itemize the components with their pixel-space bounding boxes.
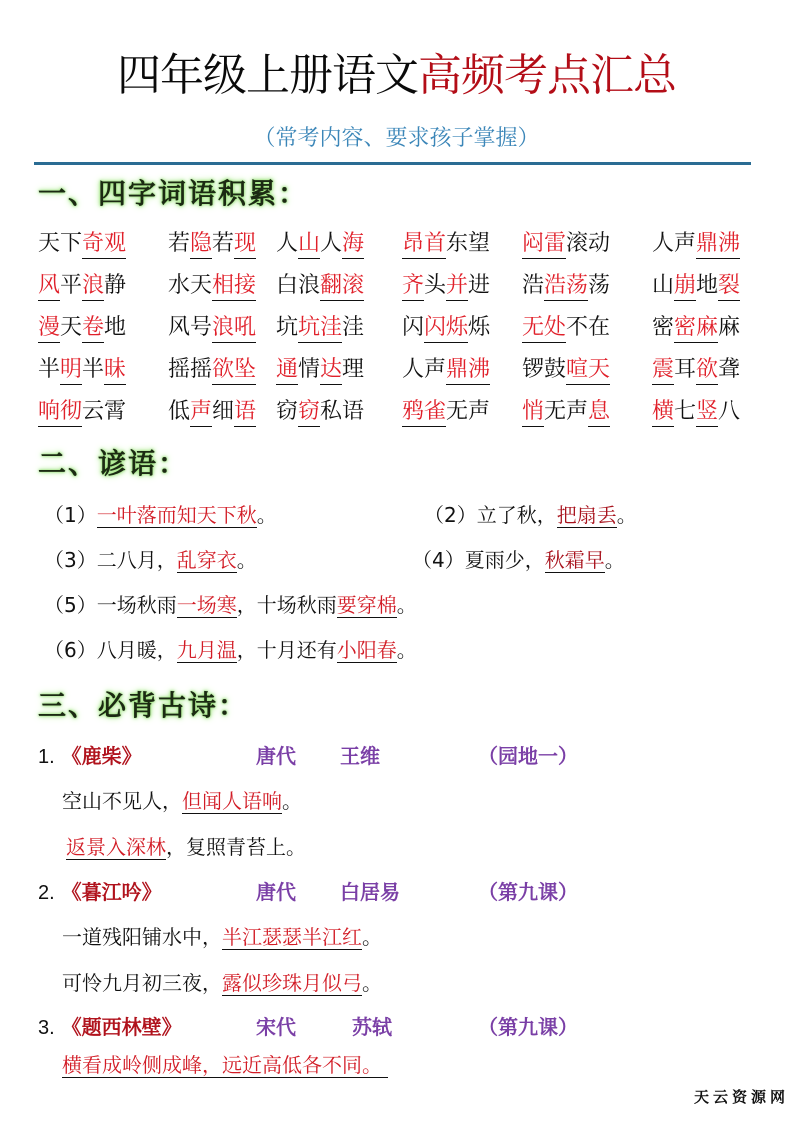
proverb-answer: 秋霜早	[545, 548, 605, 573]
idiom-answer-char: 彻	[60, 398, 82, 427]
idiom-answer-char: 浪	[82, 272, 104, 301]
idiom-answer-char: 窃	[298, 398, 320, 427]
proverb-number: （2）	[424, 503, 477, 527]
idiom-char: 锣	[522, 352, 544, 388]
proverb-end: 。	[617, 503, 637, 527]
idiom-answer-char: 风	[38, 272, 60, 301]
idiom-item: 若隐若现	[168, 226, 256, 262]
poem-header-2: 2. 《暮江吟》 唐代 白居易 （第九课）	[38, 878, 738, 907]
poem-text: 空山不见人，	[62, 789, 182, 813]
idiom-char: 摇	[168, 352, 190, 388]
proverb-answer: 把扇丢	[557, 503, 617, 528]
idiom-answer-char: 无	[522, 314, 544, 343]
idiom-answer-char: 洼	[320, 314, 342, 343]
idiom-answer-char: 齐	[402, 272, 424, 301]
idiom-char: 理	[342, 352, 364, 388]
idiom-char: 闪	[402, 310, 424, 346]
idiom-char: 人	[276, 226, 298, 262]
idiom-char: 天	[38, 226, 60, 262]
idiom-char: 霄	[104, 394, 126, 430]
proverb-text: 二八月，	[97, 548, 177, 572]
idiom-char: 无	[544, 394, 566, 430]
idiom-answer-char: 相	[212, 272, 234, 301]
idiom-answer-char: 浩	[544, 272, 566, 301]
idiom-answer-char: 坑	[298, 314, 320, 343]
poem-title: 《鹿柴》	[62, 744, 142, 768]
idiom-char: 平	[60, 268, 82, 304]
idiom-char: 浪	[298, 268, 320, 304]
idiom-answer-char: 滚	[342, 272, 364, 301]
poem-line: 可怜九月初三夜，露似珍珠月似弓。	[62, 968, 382, 998]
proverb-answer: 要穿棉	[337, 593, 397, 618]
idiom-char: 人	[320, 226, 342, 262]
idiom-answer-char: 喧	[566, 356, 588, 385]
idiom-item: 闷雷滚动	[522, 226, 610, 262]
idiom-answer-char: 鼎	[446, 356, 468, 385]
poem-text: ，复照青苔上。	[166, 835, 306, 859]
idiom-char: 号	[190, 310, 212, 346]
idiom-answer-char: 崩	[674, 272, 696, 301]
idiom-answer-char: 烁	[446, 314, 468, 343]
idiom-answer-char: 鸦	[402, 398, 424, 427]
idiom-char: 山	[652, 268, 674, 304]
idiom-item: 响彻云霄	[38, 394, 126, 430]
idiom-item: 齐头并进	[402, 268, 490, 304]
idiom-row: 风平浪静水天相接白浪翻滚齐头并进浩浩荡荡山崩地裂	[38, 268, 768, 310]
idiom-item: 昂首东望	[402, 226, 490, 262]
page-title: 四年级上册语文高频考点汇总	[0, 48, 793, 104]
idiom-answer-char: 密	[674, 314, 696, 343]
idiom-answer-char: 麻	[696, 314, 718, 343]
idiom-answer-char: 观	[104, 230, 126, 259]
idiom-answer-char: 明	[60, 356, 82, 385]
idiom-answer-char: 浪	[212, 314, 234, 343]
poem-text: 。	[362, 925, 382, 949]
idiom-answer-char: 沸	[468, 356, 490, 385]
poem-dynasty: 宋代	[256, 1013, 296, 1041]
poem-title: 《题西林壁》	[62, 1015, 182, 1039]
proverb-item-1: （1）一叶落而知天下秋。	[44, 500, 277, 530]
idiom-item: 横七竖八	[652, 394, 740, 430]
proverb-number: （1）	[44, 503, 97, 527]
poem-number: 3.	[38, 1017, 55, 1039]
idiom-char: 白	[276, 268, 298, 304]
idiom-answer-char: 雷	[544, 230, 566, 259]
proverb-answer: 一场寒	[177, 593, 237, 618]
idiom-item: 无处不在	[522, 310, 610, 346]
idiom-char: 望	[468, 226, 490, 262]
poem-text: 。	[362, 971, 382, 995]
proverb-end: 。	[605, 548, 625, 572]
idiom-item: 通情达理	[276, 352, 364, 388]
idiom-char: 在	[588, 310, 610, 346]
idiom-answer-char: 处	[544, 314, 566, 343]
idiom-char: 人	[402, 352, 424, 388]
idiom-answer-char: 山	[298, 230, 320, 259]
idiom-item: 悄无声息	[522, 394, 610, 430]
proverb-text: ，十月还有	[237, 638, 337, 662]
proverb-text: 立了秋，	[477, 503, 557, 527]
idiom-row: 半明半昧摇摇欲坠通情达理人声鼎沸锣鼓喧天震耳欲聋	[38, 352, 768, 394]
proverb-end: 。	[397, 638, 417, 662]
idiom-answer-char: 首	[424, 230, 446, 259]
idiom-answer-char: 悄	[522, 398, 544, 427]
idiom-char: 私	[320, 394, 342, 430]
poem-source: （园地一）	[478, 742, 578, 770]
idiom-item: 锣鼓喧天	[522, 352, 610, 388]
poem-answer: 横看成岭侧成峰，远近高低各不同。	[62, 1053, 388, 1078]
section-heading-idioms: 一、四字词语积累：	[38, 176, 308, 212]
idiom-item: 半明半昧	[38, 352, 126, 388]
idiom-char: 静	[104, 268, 126, 304]
idiom-answer-char: 欲	[212, 356, 234, 385]
idiom-item: 低声细语	[168, 394, 256, 430]
idiom-item: 窃窃私语	[276, 394, 364, 430]
idiom-answer-char: 翻	[320, 272, 342, 301]
idiom-answer-char: 闷	[522, 230, 544, 259]
idiom-char: 细	[212, 394, 234, 430]
idiom-answer-char: 接	[234, 272, 256, 301]
idiom-answer-char: 雀	[424, 398, 446, 427]
idiom-grid: 天下奇观若隐若现人山人海昂首东望闷雷滚动人声鼎沸风平浪静水天相接白浪翻滚齐头并进…	[38, 226, 768, 436]
idiom-item: 鸦雀无声	[402, 394, 490, 430]
proverb-text: 八月暖，	[97, 638, 177, 662]
idiom-answer-char: 漫	[38, 314, 60, 343]
proverb-text: ，十场秋雨	[237, 593, 337, 617]
poem-title: 《暮江吟》	[62, 880, 162, 904]
idiom-answer-char: 息	[588, 398, 610, 427]
proverb-answer: 九月温	[177, 638, 237, 663]
idiom-item: 人山人海	[276, 226, 364, 262]
idiom-char: 天	[190, 268, 212, 304]
idiom-row: 响彻云霄低声细语窃窃私语鸦雀无声悄无声息横七竖八	[38, 394, 768, 436]
idiom-item: 人声鼎沸	[652, 226, 740, 262]
idiom-answer-char: 奇	[82, 230, 104, 259]
idiom-char: 声	[566, 394, 588, 430]
poem-line: 一道残阳铺水中，半江瑟瑟半江红。	[62, 922, 382, 952]
idiom-char: 若	[168, 226, 190, 262]
idiom-char: 情	[298, 352, 320, 388]
idiom-answer-char: 响	[38, 398, 60, 427]
idiom-char: 动	[588, 226, 610, 262]
idiom-char: 耳	[674, 352, 696, 388]
idiom-item: 天下奇观	[38, 226, 126, 262]
poem-answer: 露似珍珠月似弓	[222, 971, 362, 996]
proverb-item-5: （5）一场秋雨一场寒，十场秋雨要穿棉。	[44, 590, 417, 620]
poem-header-3: 3. 《题西林壁》 宋代 苏轼 （第九课）	[38, 1013, 738, 1042]
idiom-char: 地	[696, 268, 718, 304]
proverb-text: 一场秋雨	[97, 593, 177, 617]
idiom-char: 八	[718, 394, 740, 430]
proverb-number: （6）	[44, 638, 97, 662]
proverb-end: 。	[257, 503, 277, 527]
poem-line: 空山不见人，但闻人语响。	[62, 786, 302, 816]
idiom-char: 头	[424, 268, 446, 304]
idiom-char: 聋	[718, 352, 740, 388]
idiom-item: 浩浩荡荡	[522, 268, 610, 304]
proverb-item-3: （3）二八月，乱穿衣。	[44, 545, 257, 575]
proverb-number: （4）	[412, 548, 465, 572]
proverb-item-6: （6）八月暖，九月温，十月还有小阳春。	[44, 635, 417, 665]
idiom-answer-char: 闪	[424, 314, 446, 343]
idiom-row: 漫天卷地风号浪吼坑坑洼洼闪闪烁烁无处不在密密麻麻	[38, 310, 768, 352]
idiom-char: 浩	[522, 268, 544, 304]
poem-number: 2.	[38, 882, 55, 904]
idiom-char: 半	[82, 352, 104, 388]
section-heading-proverbs: 二、谚语：	[38, 446, 188, 482]
poem-source: （第九课）	[478, 878, 578, 906]
idiom-item: 闪闪烁烁	[402, 310, 490, 346]
idiom-char: 人	[652, 226, 674, 262]
proverb-item-2: （2）立了秋，把扇丢。	[424, 500, 637, 530]
idiom-answer-char: 语	[234, 398, 256, 427]
idiom-item: 震耳欲聋	[652, 352, 740, 388]
idiom-item: 风平浪静	[38, 268, 126, 304]
idiom-answer-char: 吼	[234, 314, 256, 343]
idiom-answer-char: 鼎	[696, 230, 718, 259]
idiom-answer-char: 海	[342, 230, 364, 259]
idiom-char: 地	[104, 310, 126, 346]
idiom-char: 东	[446, 226, 468, 262]
idiom-row: 天下奇观若隐若现人山人海昂首东望闷雷滚动人声鼎沸	[38, 226, 768, 268]
poem-answer: 半江瑟瑟半江红	[222, 925, 362, 950]
idiom-char: 声	[424, 352, 446, 388]
poem-number: 1.	[38, 746, 55, 768]
idiom-char: 坑	[276, 310, 298, 346]
idiom-answer-char: 并	[446, 272, 468, 301]
poem-answer: 但闻人语响	[182, 789, 282, 814]
idiom-item: 密密麻麻	[652, 310, 740, 346]
poem-text: 。	[282, 789, 302, 813]
poem-text: 可怜九月初三夜，	[62, 971, 222, 995]
idiom-char: 麻	[718, 310, 740, 346]
idiom-char: 水	[168, 268, 190, 304]
idiom-answer-char: 裂	[718, 272, 740, 301]
idiom-char: 不	[566, 310, 588, 346]
poem-header-1: 1. 《鹿柴》 唐代 王维 （园地一）	[38, 742, 738, 771]
title-black-part: 四年级上册语文	[117, 50, 418, 101]
idiom-answer-char: 横	[652, 398, 674, 427]
idiom-char: 窃	[276, 394, 298, 430]
idiom-answer-char: 卷	[82, 314, 104, 343]
idiom-item: 山崩地裂	[652, 268, 740, 304]
idiom-char: 下	[60, 226, 82, 262]
idiom-char: 荡	[588, 268, 610, 304]
idiom-char: 声	[674, 226, 696, 262]
poem-answer: 返景入深林	[66, 835, 166, 860]
idiom-item: 风号浪吼	[168, 310, 256, 346]
proverb-answer: 一叶落而知天下秋	[97, 503, 257, 528]
poem-line: 横看成岭侧成峰，远近高低各不同。	[62, 1050, 388, 1080]
header-divider	[34, 162, 751, 165]
proverb-number: （3）	[44, 548, 97, 572]
proverb-answer: 小阳春	[337, 638, 397, 663]
poem-dynasty: 唐代	[256, 742, 296, 770]
idiom-char: 半	[38, 352, 60, 388]
idiom-char: 云	[82, 394, 104, 430]
idiom-answer-char: 通	[276, 356, 298, 385]
proverb-text: 夏雨少，	[465, 548, 545, 572]
idiom-char: 摇	[190, 352, 212, 388]
poem-source: （第九课）	[478, 1013, 578, 1041]
idiom-answer-char: 天	[588, 356, 610, 385]
idiom-item: 人声鼎沸	[402, 352, 490, 388]
idiom-item: 坑坑洼洼	[276, 310, 364, 346]
proverb-item-4: （4）夏雨少，秋霜早。	[412, 545, 625, 575]
idiom-answer-char: 达	[320, 356, 342, 385]
idiom-char: 烁	[468, 310, 490, 346]
idiom-char: 若	[212, 226, 234, 262]
section-heading-poems: 三、必背古诗：	[38, 688, 248, 724]
poem-author: 王维	[340, 742, 380, 770]
title-red-part: 高频考点汇总	[418, 50, 676, 101]
idiom-answer-char: 现	[234, 230, 256, 259]
watermark: 天云资源网	[694, 1086, 789, 1107]
idiom-char: 风	[168, 310, 190, 346]
poem-author: 苏轼	[352, 1013, 392, 1041]
idiom-char: 语	[342, 394, 364, 430]
idiom-answer-char: 坠	[234, 356, 256, 385]
idiom-char: 天	[60, 310, 82, 346]
idiom-answer-char: 隐	[190, 230, 212, 259]
idiom-answer-char: 昧	[104, 356, 126, 385]
proverb-end: 。	[237, 548, 257, 572]
idiom-char: 鼓	[544, 352, 566, 388]
poem-dynasty: 唐代	[256, 878, 296, 906]
poem-text: 一道残阳铺水中，	[62, 925, 222, 949]
proverb-answer: 乱穿衣	[177, 548, 237, 573]
idiom-item: 摇摇欲坠	[168, 352, 256, 388]
idiom-answer-char: 欲	[696, 356, 718, 385]
idiom-answer-char: 昂	[402, 230, 424, 259]
idiom-char: 低	[168, 394, 190, 430]
idiom-char: 进	[468, 268, 490, 304]
idiom-char: 无	[446, 394, 468, 430]
poem-line: 返景入深林，复照青苔上。	[66, 832, 306, 862]
idiom-char: 洼	[342, 310, 364, 346]
idiom-item: 水天相接	[168, 268, 256, 304]
idiom-answer-char: 沸	[718, 230, 740, 259]
idiom-item: 漫天卷地	[38, 310, 126, 346]
idiom-answer-char: 竖	[696, 398, 718, 427]
poem-author: 白居易	[340, 878, 400, 906]
idiom-char: 密	[652, 310, 674, 346]
idiom-char: 声	[468, 394, 490, 430]
idiom-answer-char: 声	[190, 398, 212, 427]
idiom-item: 白浪翻滚	[276, 268, 364, 304]
idiom-char: 七	[674, 394, 696, 430]
proverb-end: 。	[397, 593, 417, 617]
idiom-char: 滚	[566, 226, 588, 262]
page-subtitle: （常考内容、要求孩子掌握）	[0, 124, 793, 154]
idiom-answer-char: 震	[652, 356, 674, 385]
idiom-answer-char: 荡	[566, 272, 588, 301]
proverb-number: （5）	[44, 593, 97, 617]
